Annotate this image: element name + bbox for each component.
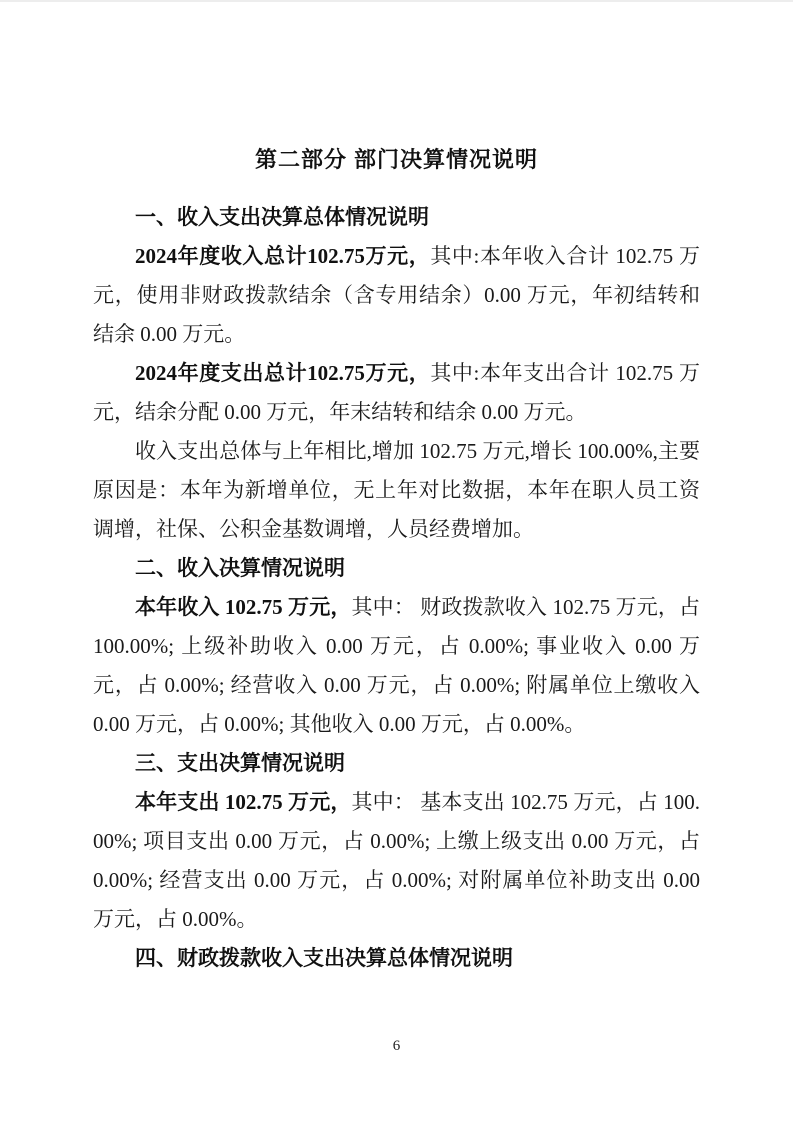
paragraph-yoy-comparison: 收入支出总体与上年相比,增加 102.75 万元,增长 100.00%,主要原因…	[93, 432, 700, 549]
section-income-detail: 二、收入决算情况说明 本年收入 102.75 万元，其中： 财政拨款收入 102…	[93, 549, 700, 744]
page-number: 6	[0, 1038, 793, 1055]
section-income-expense-overview: 一、收入支出决算总体情况说明 2024年度收入总计102.75万元，其中:本年收…	[93, 198, 700, 549]
page-title: 第二部分 部门决算情况说明	[93, 146, 700, 174]
paragraph-income-breakdown: 本年收入 102.75 万元，其中： 财政拨款收入 102.75 万元，占 10…	[93, 588, 700, 744]
paragraph-income-total: 2024年度收入总计102.75万元，其中:本年收入合计 102.75 万元，使…	[93, 237, 700, 354]
paragraph-expense-breakdown: 本年支出 102.75 万元，其中： 基本支出 102.75 万元，占 100.…	[93, 783, 700, 939]
paragraph-lead: 2024年度收入总计102.75万元，	[135, 244, 430, 268]
section-fiscal-appropriation-overview: 四、财政拨款收入支出决算总体情况说明	[93, 939, 700, 978]
section-2-heading: 二、收入决算情况说明	[93, 549, 700, 588]
document-page: 第二部分 部门决算情况说明 一、收入支出决算总体情况说明 2024年度收入总计1…	[0, 0, 793, 1122]
paragraph-lead: 本年收入 102.75 万元，	[135, 595, 351, 619]
section-expense-detail: 三、支出决算情况说明 本年支出 102.75 万元，其中： 基本支出 102.7…	[93, 744, 700, 939]
section-4-heading: 四、财政拨款收入支出决算总体情况说明	[93, 939, 700, 978]
document-content: 第二部分 部门决算情况说明 一、收入支出决算总体情况说明 2024年度收入总计1…	[93, 146, 700, 978]
paragraph-lead: 本年支出 102.75 万元，	[135, 790, 351, 814]
section-3-heading: 三、支出决算情况说明	[93, 744, 700, 783]
page-top-edge	[0, 0, 793, 2]
paragraph-text: 收入支出总体与上年相比,增加 102.75 万元,增长 100.00%,主要原因…	[93, 439, 700, 541]
paragraph-expense-total: 2024年度支出总计102.75万元，其中:本年支出合计 102.75 万元，结…	[93, 354, 700, 432]
section-1-heading: 一、收入支出决算总体情况说明	[93, 198, 700, 237]
paragraph-lead: 2024年度支出总计102.75万元，	[135, 361, 430, 385]
